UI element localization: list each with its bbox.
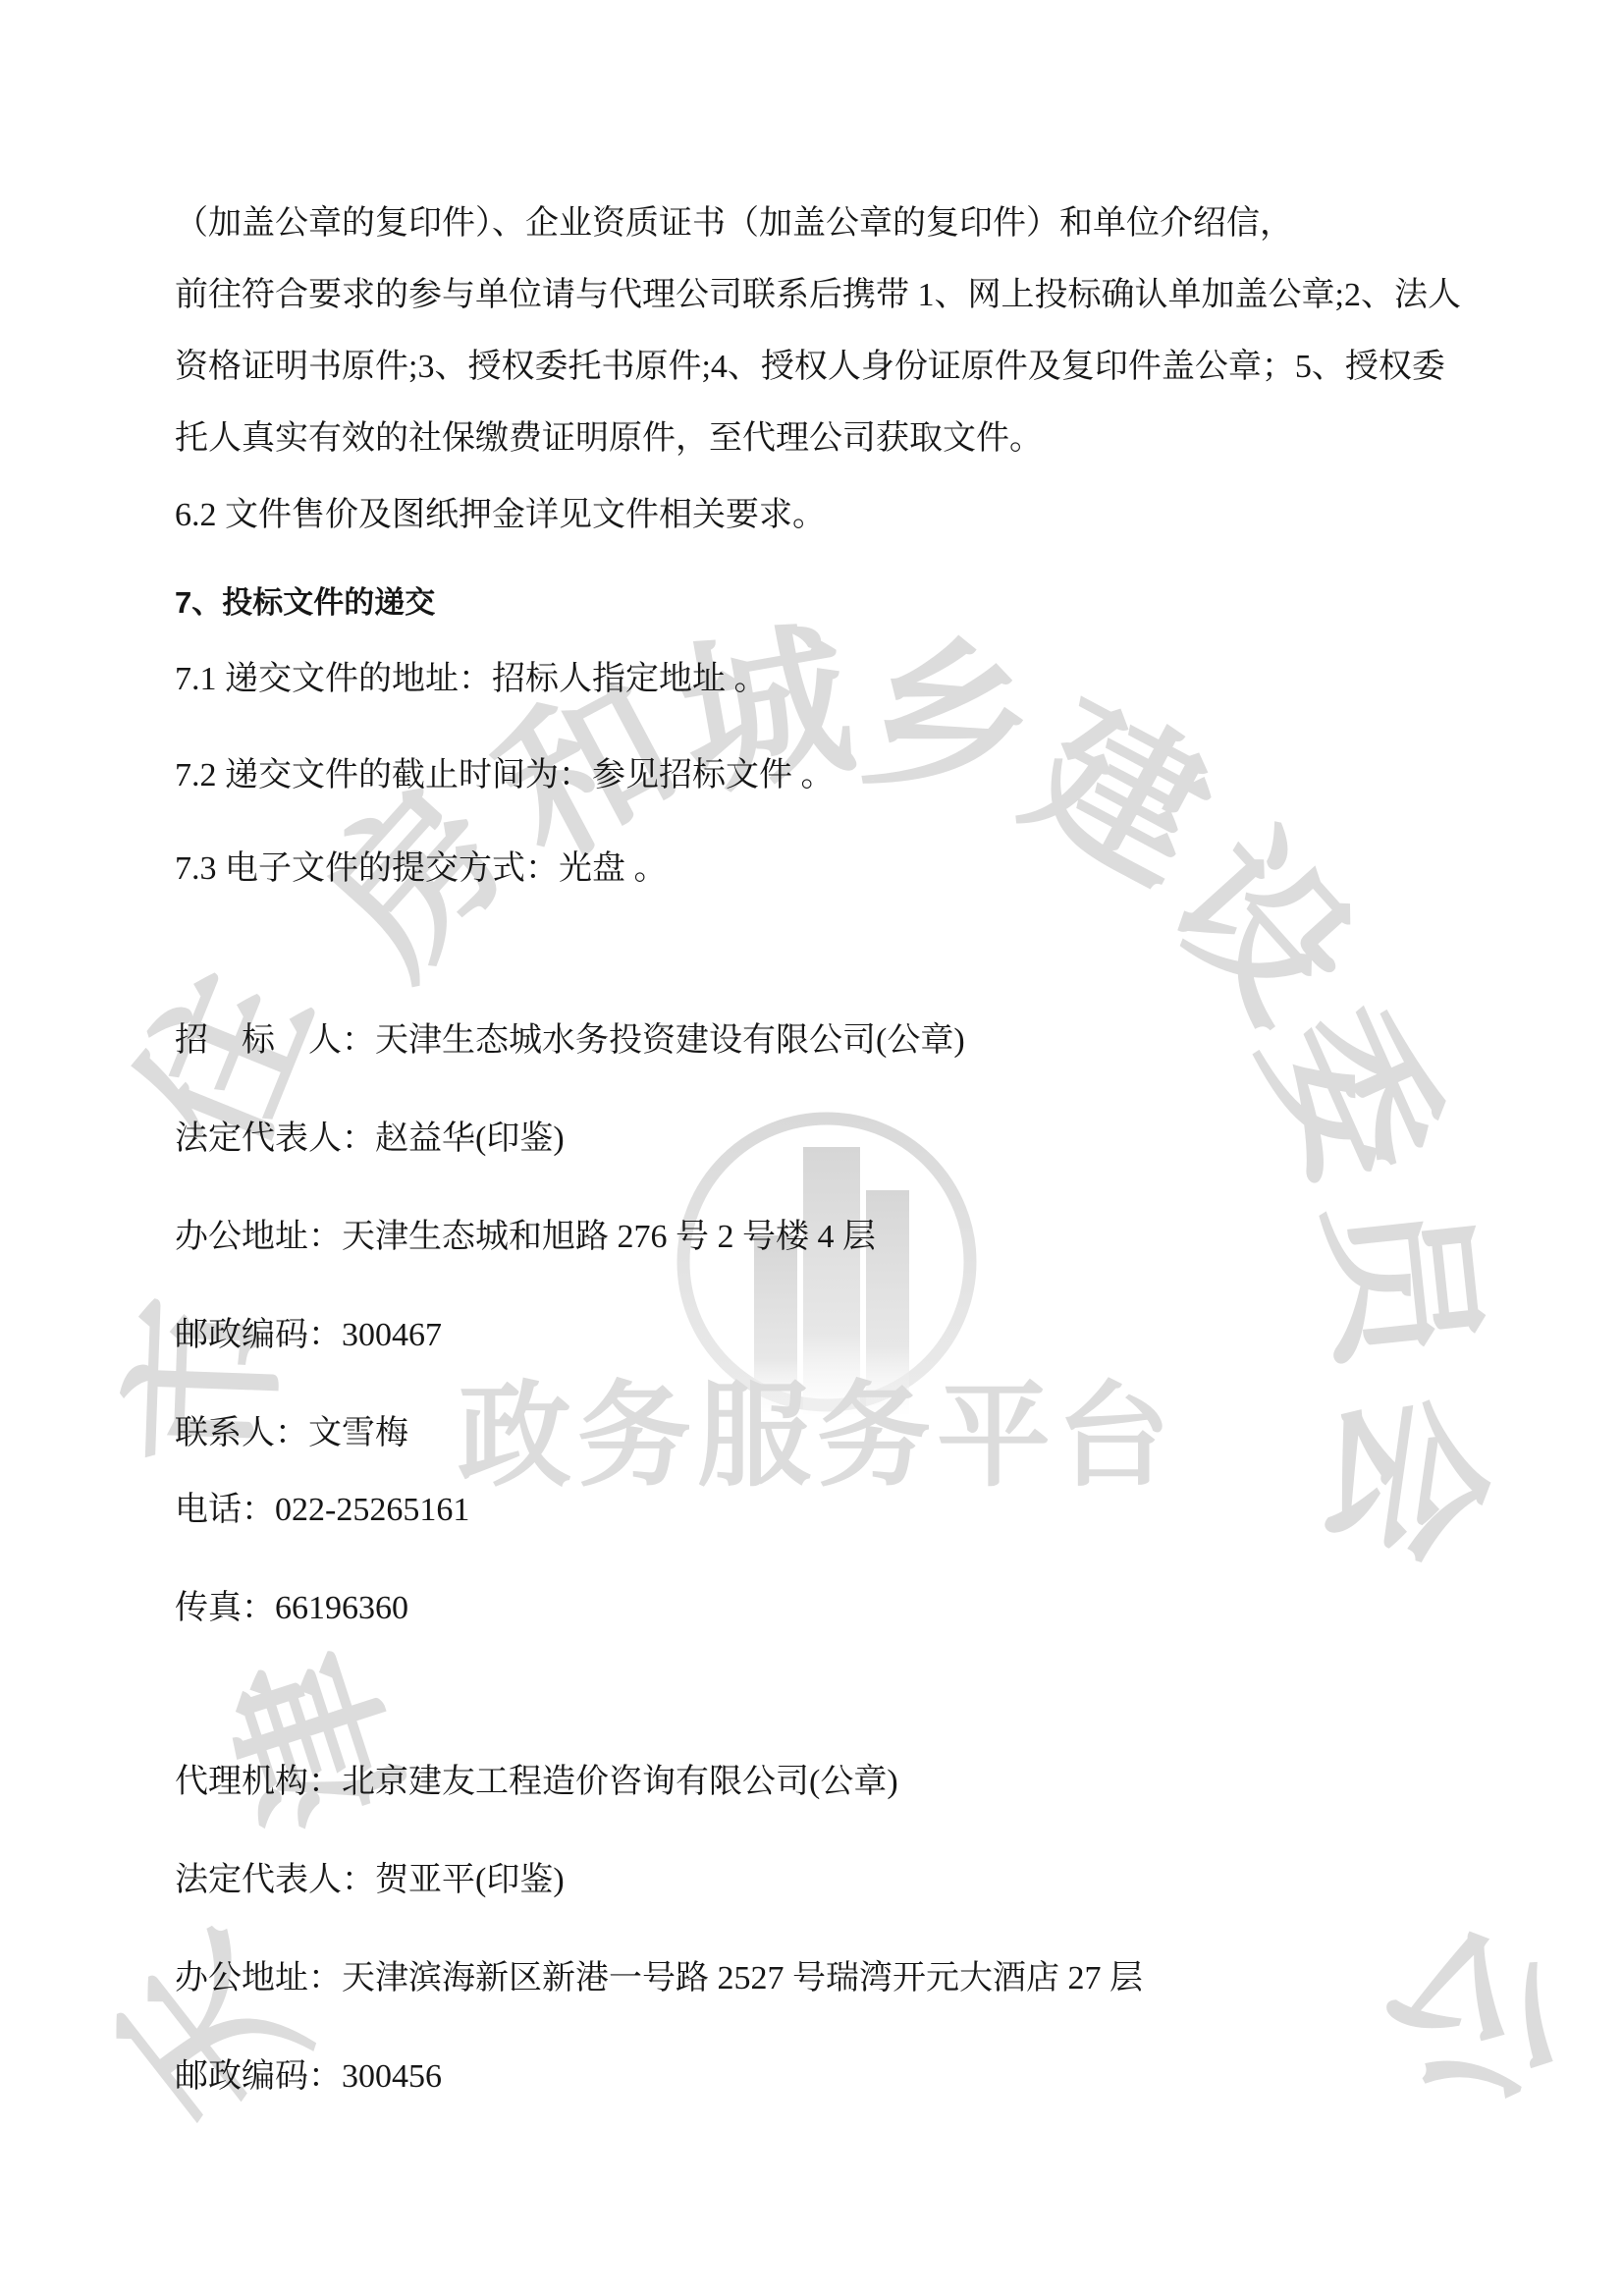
tenderer-office-address: 办公地址：天津生态城和旭路 276 号 2 号楼 4 层 bbox=[175, 1218, 876, 1258]
clause-7-1: 7.1 递交文件的地址：招标人指定地址 。 bbox=[175, 660, 768, 700]
clause-6-2: 6.2 文件售价及图纸押金详见文件相关要求。 bbox=[175, 496, 826, 536]
tenderer-fax: 传真：66196360 bbox=[175, 1589, 408, 1629]
paragraph-line-3: 资格证明书原件;3、授权委托书原件;4、授权人身份证原件及复印件盖公章；5、授权… bbox=[175, 348, 1445, 388]
agent-postal-code: 邮政编码：300456 bbox=[175, 2057, 442, 2098]
document-text-layer: （加盖公章的复印件）、企业资质证书（加盖公章的复印件）和单位介绍信， 前往符合要… bbox=[0, 0, 1623, 2296]
agent-name: 代理机构：北京建友工程造价咨询有限公司(公章) bbox=[175, 1763, 898, 1803]
section-7-heading: 7、投标文件的递交 bbox=[175, 584, 435, 621]
tenderer-name: 招 标 人：天津生态城水务投资建设有限公司(公章) bbox=[175, 1021, 965, 1062]
clause-7-2: 7.2 递交文件的截止时间为：参见招标文件 。 bbox=[175, 756, 835, 796]
tenderer-postal-code: 邮政编码：300467 bbox=[175, 1316, 442, 1356]
paragraph-line-4: 托人真实有效的社保缴费证明原件，至代理公司获取文件。 bbox=[175, 419, 1043, 460]
tenderer-contact-person: 联系人：文雪梅 bbox=[175, 1414, 408, 1454]
tenderer-legal-representative: 法定代表人：赵益华(印鉴) bbox=[175, 1120, 565, 1160]
tenderer-phone: 电话：022-25265161 bbox=[175, 1491, 469, 1531]
agent-legal-representative: 法定代表人：贺亚平(印鉴) bbox=[175, 1861, 565, 1901]
agent-office-address: 办公地址：天津滨海新区新港一号路 2527 号瑞湾开元大酒店 27 层 bbox=[175, 1959, 1143, 1999]
paragraph-line-2: 前往符合要求的参与单位请与代理公司联系后携带 1、网上投标确认单加盖公章;2、法… bbox=[175, 276, 1461, 316]
document-page: 天津市住房和城乡建设委员会公 政务服务平台 （加盖公章的复印件）、企业资质证书（… bbox=[0, 0, 1623, 2296]
clause-7-3: 7.3 电子文件的提交方式：光盘 。 bbox=[175, 849, 668, 890]
paragraph-line-1: （加盖公章的复印件）、企业资质证书（加盖公章的复印件）和单位介绍信， bbox=[175, 204, 1293, 245]
